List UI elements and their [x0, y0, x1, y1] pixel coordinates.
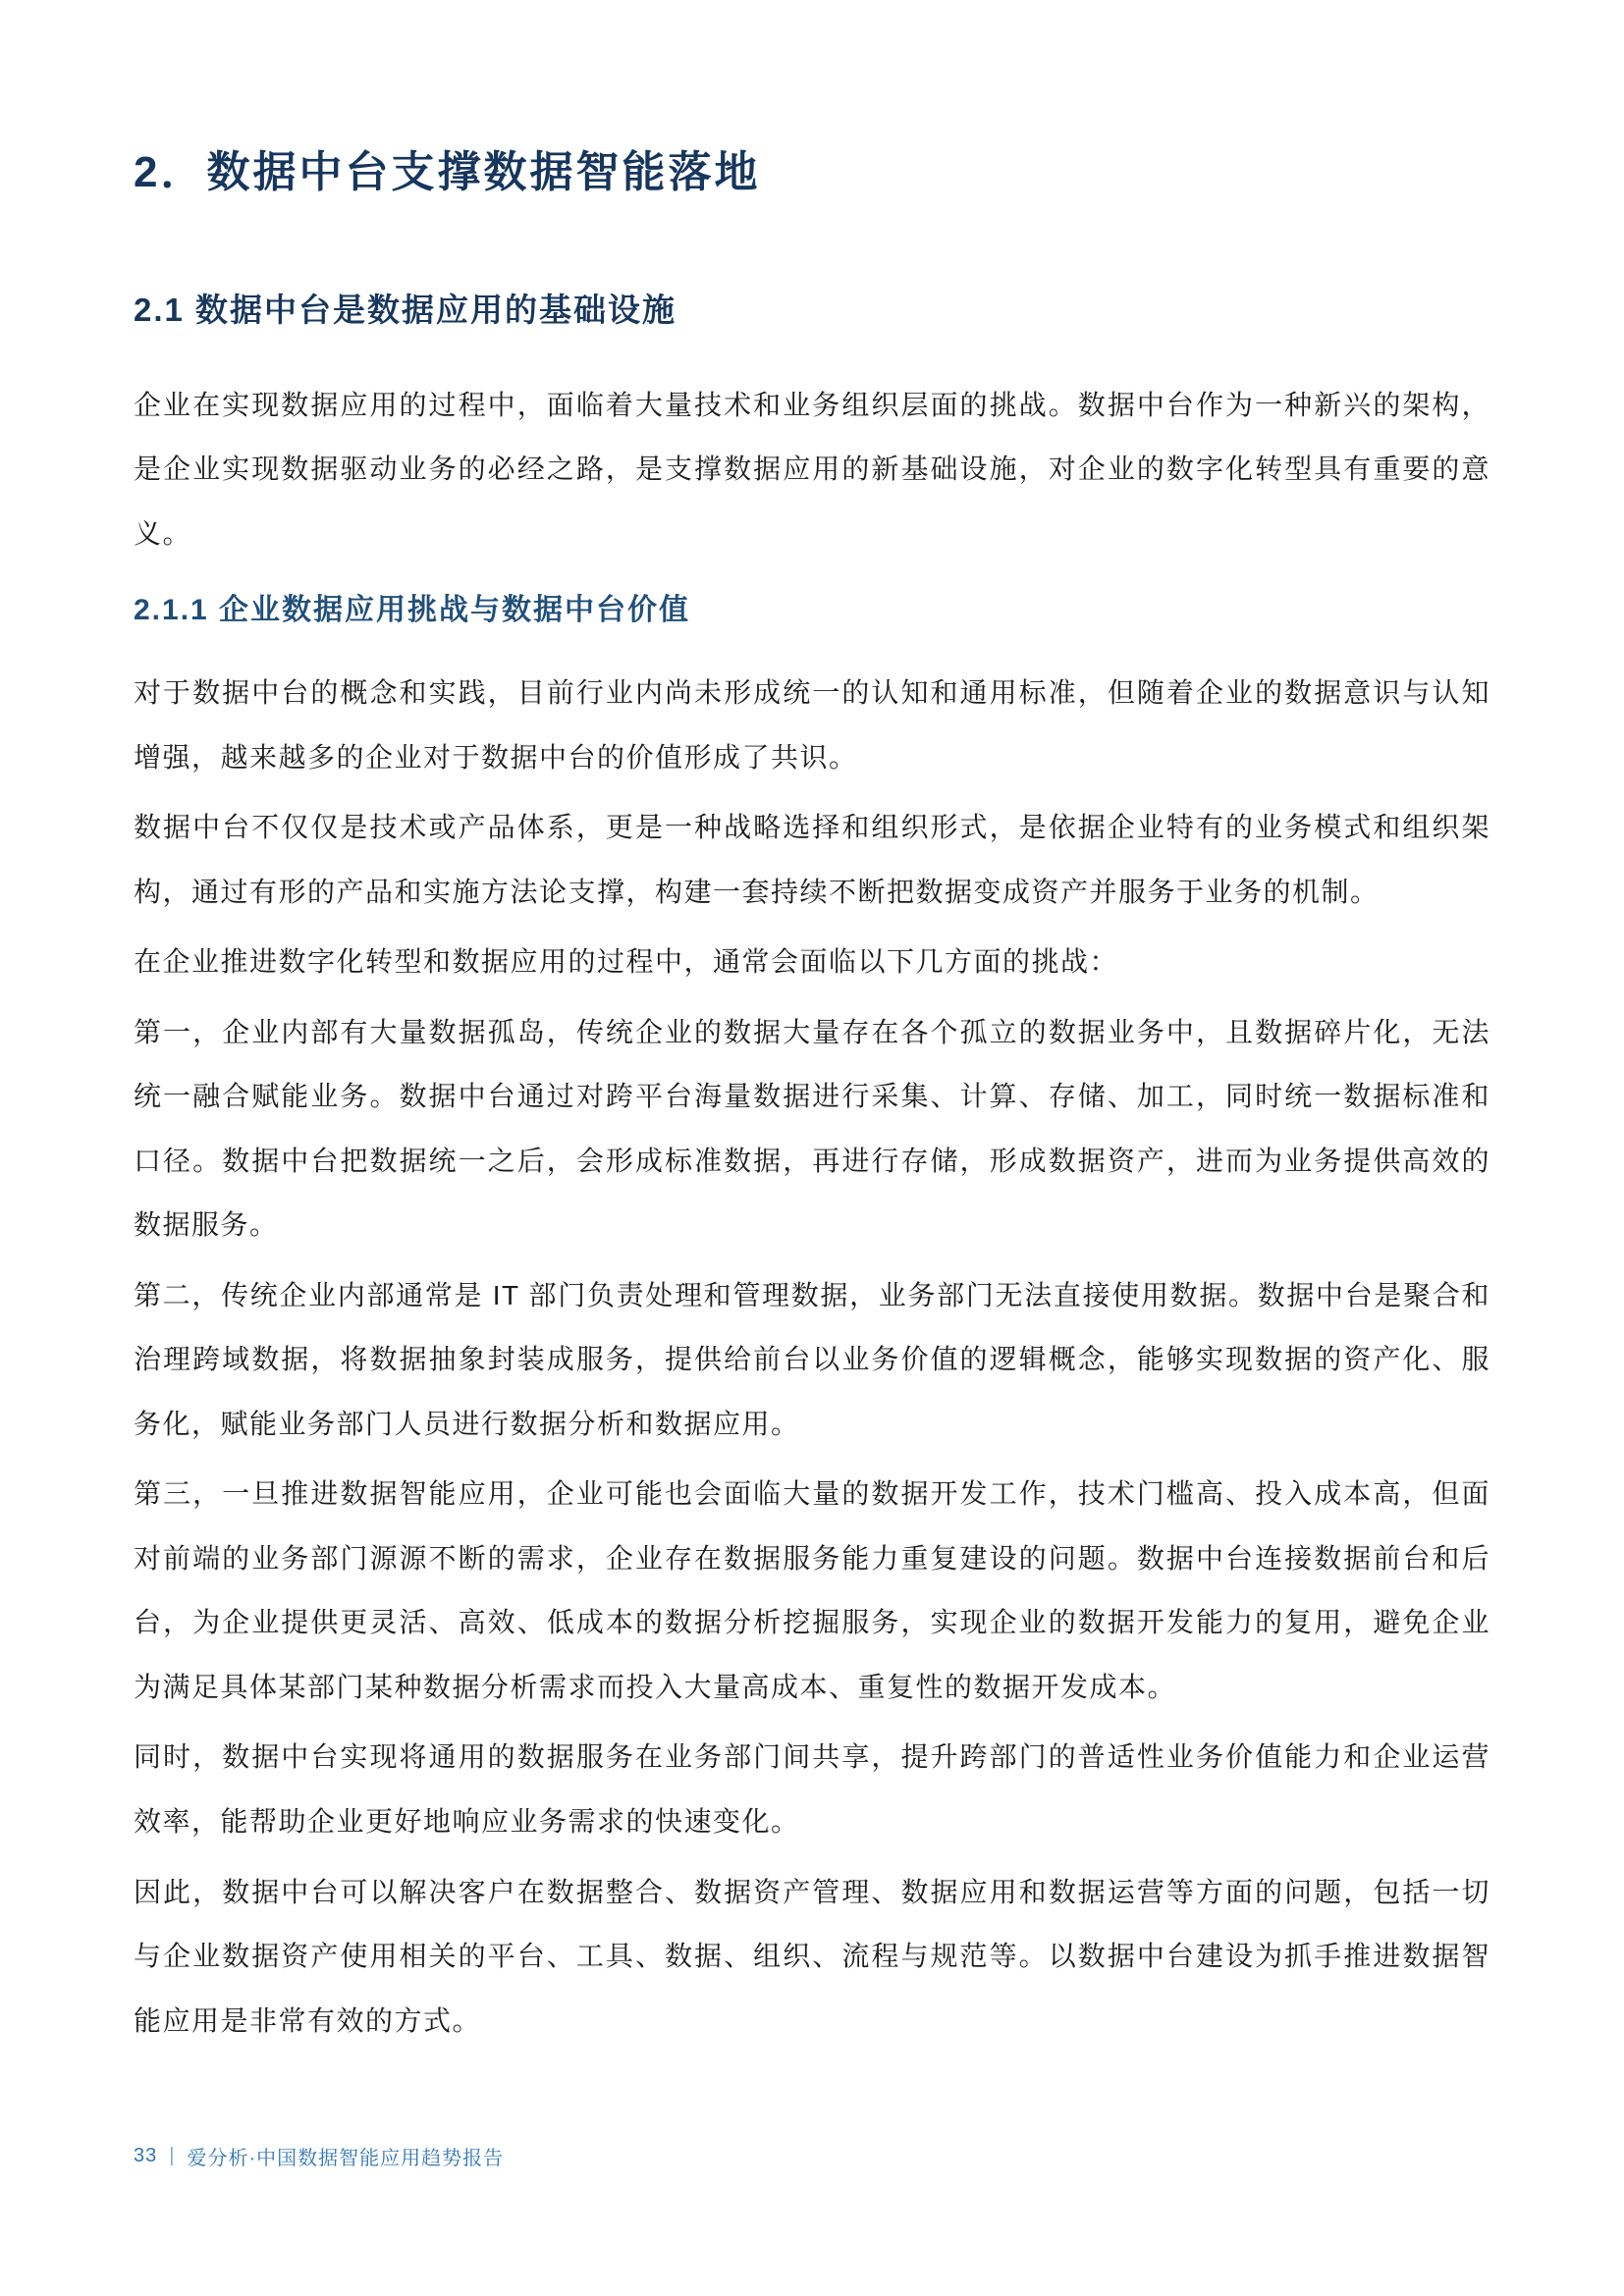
- section-title: 2.1 数据中台是数据应用的基础设施: [134, 290, 1490, 332]
- subsection-title: 2.1.1 企业数据应用挑战与数据中台价值: [134, 591, 1490, 629]
- paragraph-section-intro: 企业在实现数据应用的过程中，面临着大量技术和业务组织层面的挑战。数据中台作为一种…: [134, 373, 1490, 566]
- report-title: 爱分析·中国数据智能应用趋势报告: [187, 2142, 504, 2170]
- document-page: 2．数据中台支撑数据智能落地 2.1 数据中台是数据应用的基础设施 企业在实现数…: [0, 0, 1624, 2296]
- paragraph-definition: 数据中台不仅仅是技术或产品体系，更是一种战略选择和组织形式，是依据企业特有的业务…: [134, 795, 1490, 924]
- chapter-title: 2．数据中台支撑数据智能落地: [134, 147, 1490, 199]
- footer-separator: |: [169, 2145, 175, 2167]
- page-number: 33: [134, 2145, 157, 2167]
- paragraph-consensus: 对于数据中台的概念和实践，目前行业内尚未形成统一的认知和通用标准，但随着企业的数…: [134, 661, 1490, 789]
- paragraph-conclusion: 因此，数据中台可以解决客户在数据整合、数据资产管理、数据应用和数据运营等方面的问…: [134, 1860, 1490, 2054]
- paragraph-challenges-lead-in: 在企业推进数字化转型和数据应用的过程中，通常会面临以下几方面的挑战：: [134, 930, 1490, 994]
- paragraph-challenge-second: 第二，传统企业内部通常是 IT 部门负责处理和管理数据，业务部门无法直接使用数据…: [134, 1263, 1490, 1457]
- paragraph-sharing-benefit: 同时，数据中台实现将通用的数据服务在业务部门间共享，提升跨部门的普适性业务价值能…: [134, 1725, 1490, 1853]
- paragraph-challenge-first: 第一，企业内部有大量数据孤岛，传统企业的数据大量存在各个孤立的数据业务中，且数据…: [134, 1000, 1490, 1257]
- page-footer: 33 | 爱分析·中国数据智能应用趋势报告: [134, 2142, 504, 2170]
- paragraph-challenge-third: 第三，一旦推进数据智能应用，企业可能也会面临大量的数据开发工作，技术门槛高、投入…: [134, 1462, 1490, 1719]
